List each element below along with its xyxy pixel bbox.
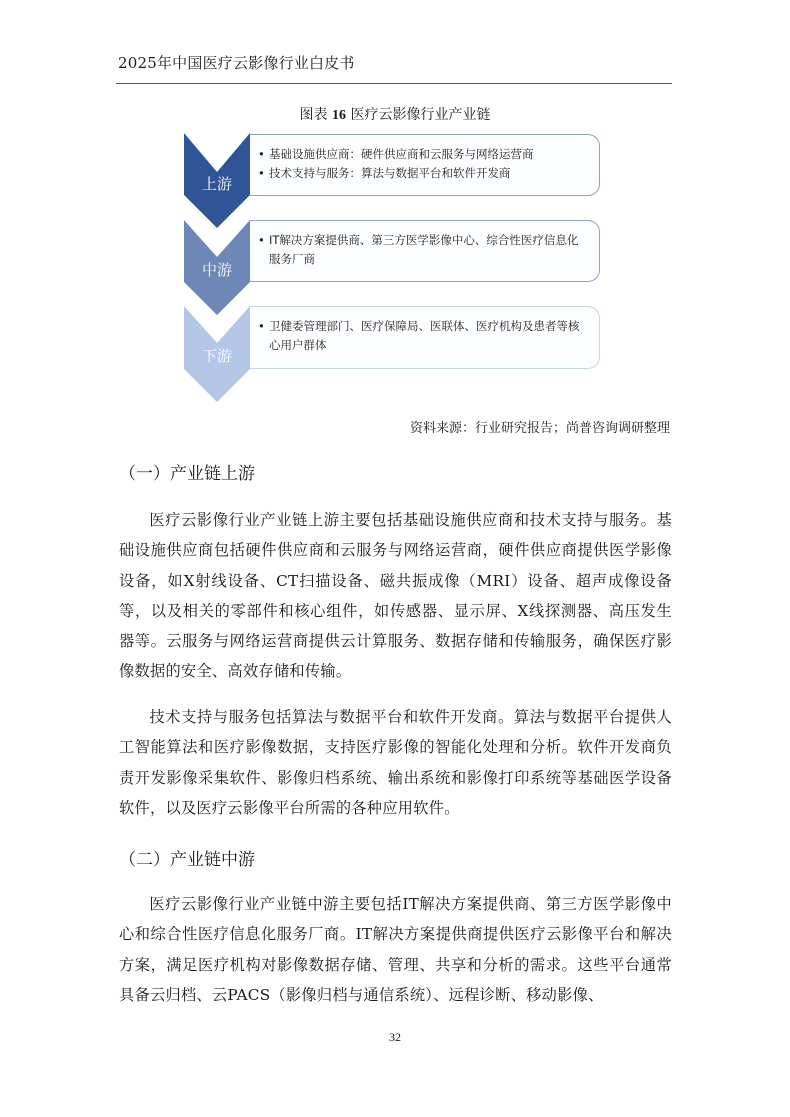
stage-item: • 技术支持与服务：算法与数据平台和软件开发商 bbox=[258, 164, 589, 183]
section-heading-upstream: （一）产业链上游 bbox=[119, 459, 255, 484]
paragraph: 技术支持与服务包括算法与数据平台和软件开发商。算法与数据平台提供人工智能算法和医… bbox=[119, 702, 672, 823]
bullet-icon: • bbox=[258, 231, 269, 269]
stage-label-upstream: 上游 bbox=[184, 173, 250, 194]
stage-box-midstream: • IT解决方案提供商、第三方医学影像中心、综合性医疗信息化服务厂商 bbox=[250, 220, 600, 282]
paragraph: 医疗云影像行业产业链上游主要包括基础设施供应商和技术支持与服务。基础设施供应商包… bbox=[119, 505, 672, 687]
figure-source: 资料来源：行业研究报告；尚普咨询调研整理 bbox=[410, 417, 670, 436]
stage-box-upstream: • 基础设施供应商：硬件供应商和云服务与网络运营商 • 技术支持与服务：算法与数… bbox=[250, 134, 600, 196]
stage-box-downstream: • 卫健委管理部门、医疗保障局、医联体、医疗机构及患者等核心用户群体 bbox=[250, 306, 600, 369]
stage-item: • 卫健委管理部门、医疗保障局、医联体、医疗机构及患者等核心用户群体 bbox=[258, 317, 589, 355]
page-number: 32 bbox=[0, 1030, 790, 1045]
stage-item: • IT解决方案提供商、第三方医学影像中心、综合性医疗信息化服务厂商 bbox=[258, 231, 589, 269]
stage-label-downstream: 下游 bbox=[184, 345, 250, 366]
stage-item-text: IT解决方案提供商、第三方医学影像中心、综合性医疗信息化服务厂商 bbox=[269, 231, 589, 269]
stage-label-midstream: 中游 bbox=[184, 259, 250, 280]
stage-item-text: 基础设施供应商：硬件供应商和云服务与网络运营商 bbox=[269, 145, 534, 164]
section-heading-midstream: （二）产业链中游 bbox=[119, 845, 255, 870]
stage-item-text: 卫健委管理部门、医疗保障局、医联体、医疗机构及患者等核心用户群体 bbox=[269, 317, 589, 355]
bullet-icon: • bbox=[258, 164, 269, 183]
paragraph: 医疗云影像行业产业链中游主要包括IT解决方案提供商、第三方医学影像中心和综合性医… bbox=[119, 889, 672, 1010]
stage-item-text: 技术支持与服务：算法与数据平台和软件开发商 bbox=[269, 164, 511, 183]
bullet-icon: • bbox=[258, 145, 269, 164]
stage-item: • 基础设施供应商：硬件供应商和云服务与网络运营商 bbox=[258, 145, 589, 164]
industry-chain-diagram: 上游 中游 下游 • 基础设施供应商：硬件供应商和云服务与网络运营商 • 技术支… bbox=[0, 0, 790, 420]
bullet-icon: • bbox=[258, 317, 269, 355]
